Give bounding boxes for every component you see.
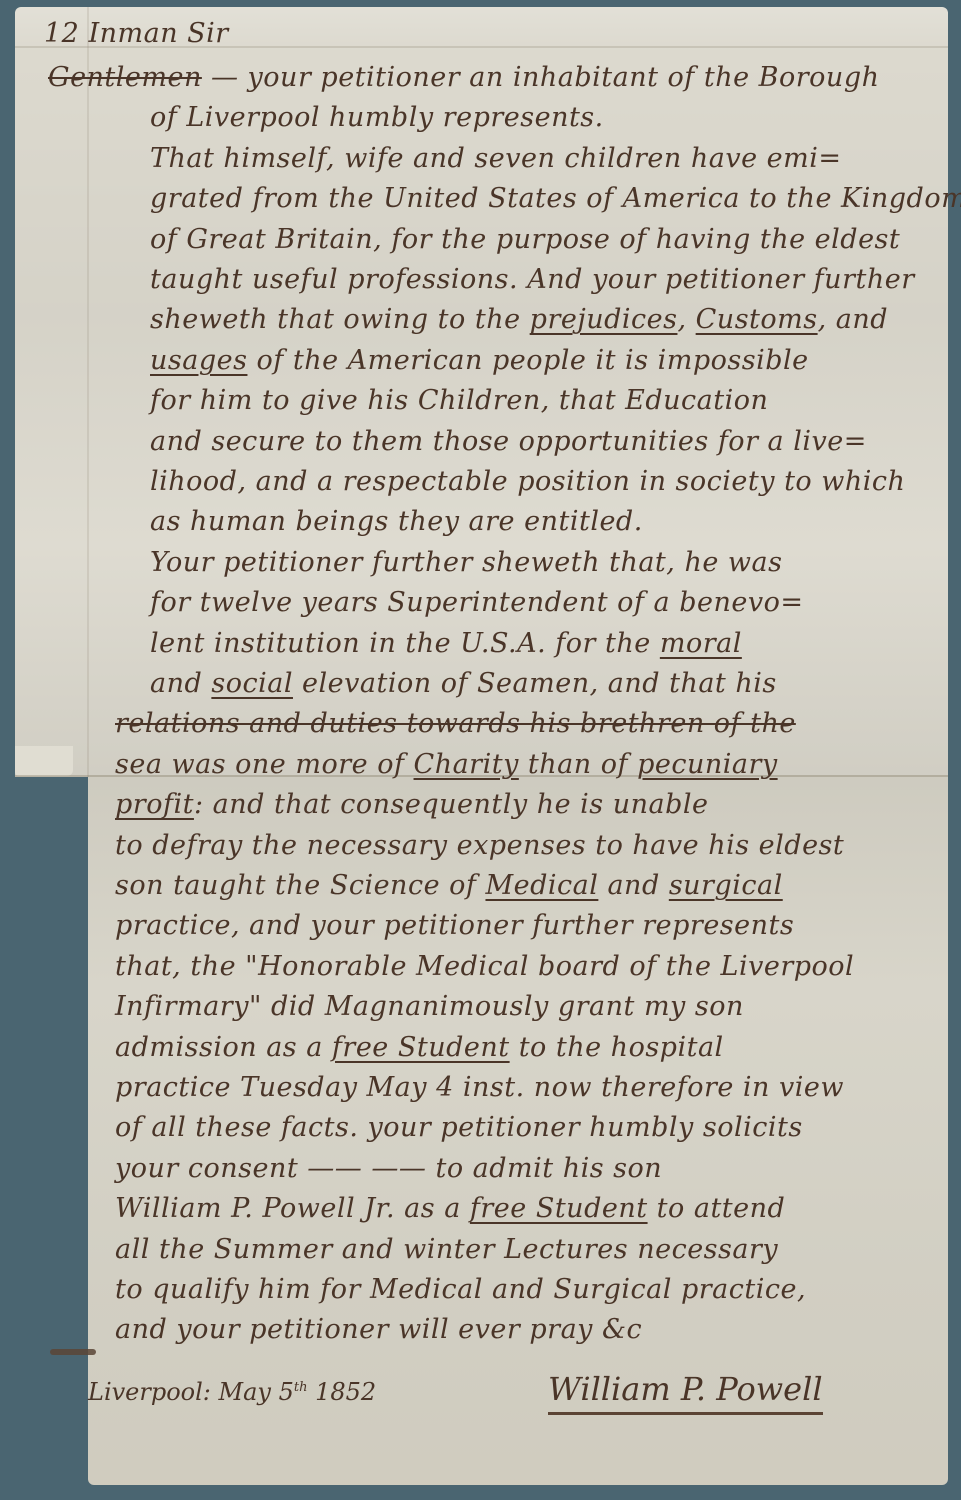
underlined-word: Customs — [696, 304, 818, 335]
petition-line: sheweth that owing to the prejudices, Cu… — [150, 306, 888, 333]
date-month-day: May 5 — [219, 1378, 294, 1406]
petition-line: sea was one more of Charity than of pecu… — [115, 751, 778, 778]
petition-line: for him to give his Children, that Educa… — [150, 387, 768, 414]
petition-line: lent institution in the U.S.A. for the m… — [150, 630, 742, 657]
petition-line: usages of the American people it is impo… — [150, 347, 809, 374]
petition-line: profit: and that consequently he is unab… — [115, 791, 709, 818]
petition-line: relations and duties towards his brethre… — [115, 710, 796, 737]
underlined-word: usages — [150, 345, 247, 376]
underlined-word: moral — [660, 628, 742, 659]
petition-line: Infirmary" did Magnanimously grant my so… — [115, 993, 744, 1020]
petition-line: lihood, and a respectable position in so… — [150, 468, 905, 495]
petition-line: your consent —— —— to admit his son — [115, 1155, 662, 1182]
underlined-word: surgical — [669, 870, 783, 901]
petition-line: and your petitioner will ever pray &c — [115, 1316, 642, 1343]
ink-blot — [50, 1349, 96, 1355]
petition-line: grated from the United States of America… — [150, 185, 961, 212]
underlined-word: prejudices — [530, 304, 678, 335]
petition-line: of Liverpool humbly represents. — [150, 104, 604, 131]
underlined-word: pecuniary — [637, 749, 778, 780]
underlined-word: Medical — [485, 870, 598, 901]
petition-line: son taught the Science of Medical and su… — [115, 872, 783, 899]
date-suffix: th — [294, 1380, 308, 1395]
petition-line: Your petitioner further sheweth that, he… — [150, 549, 782, 576]
petition-line: of all these facts. your petitioner humb… — [115, 1114, 803, 1141]
paper-torn-tab — [15, 746, 73, 776]
petition-line: practice, and your petitioner further re… — [115, 912, 794, 939]
underlined-word: free Student — [332, 1032, 510, 1063]
petition-line: Gentlemen — your petitioner an inhabitan… — [48, 64, 880, 91]
petition-line: all the Summer and winter Lectures neces… — [115, 1236, 778, 1263]
petition-line: and social elevation of Seamen, and that… — [150, 670, 777, 697]
date-year: 1852 — [315, 1378, 376, 1406]
underlined-word: Charity — [414, 749, 519, 780]
petition-line: and secure to them those opportunities f… — [150, 428, 867, 455]
petition-line: practice Tuesday May 4 inst. now therefo… — [115, 1074, 844, 1101]
petition-line: as human beings they are entitled. — [150, 508, 643, 535]
petition-line: of Great Britain, for the purpose of hav… — [150, 226, 900, 253]
petition-line: to qualify him for Medical and Surgical … — [115, 1276, 806, 1303]
petition-line: That himself, wife and seven children ha… — [150, 145, 841, 172]
petition-line: admission as a free Student to the hospi… — [115, 1034, 724, 1061]
salutation: 12 Inman Sir — [44, 20, 229, 47]
paper-fold-line — [87, 7, 89, 777]
signature: William P. Powell — [548, 1370, 823, 1415]
underlined-word: social — [211, 668, 293, 699]
date-place: Liverpool — [88, 1378, 203, 1406]
petition-line: to defray the necessary expenses to have… — [115, 832, 844, 859]
underlined-word: free Student — [470, 1193, 648, 1224]
date-line: Liverpool: May 5th 1852 — [88, 1378, 376, 1406]
petition-line: that, the "Honorable Medical board of th… — [115, 953, 854, 980]
underlined-word: profit — [115, 789, 194, 820]
petition-line: taught useful professions. And your peti… — [150, 266, 915, 293]
struck-word: Gentlemen — [48, 62, 202, 93]
petition-line: William P. Powell Jr. as a free Student … — [115, 1195, 785, 1222]
petition-line: for twelve years Superintendent of a ben… — [150, 589, 803, 616]
